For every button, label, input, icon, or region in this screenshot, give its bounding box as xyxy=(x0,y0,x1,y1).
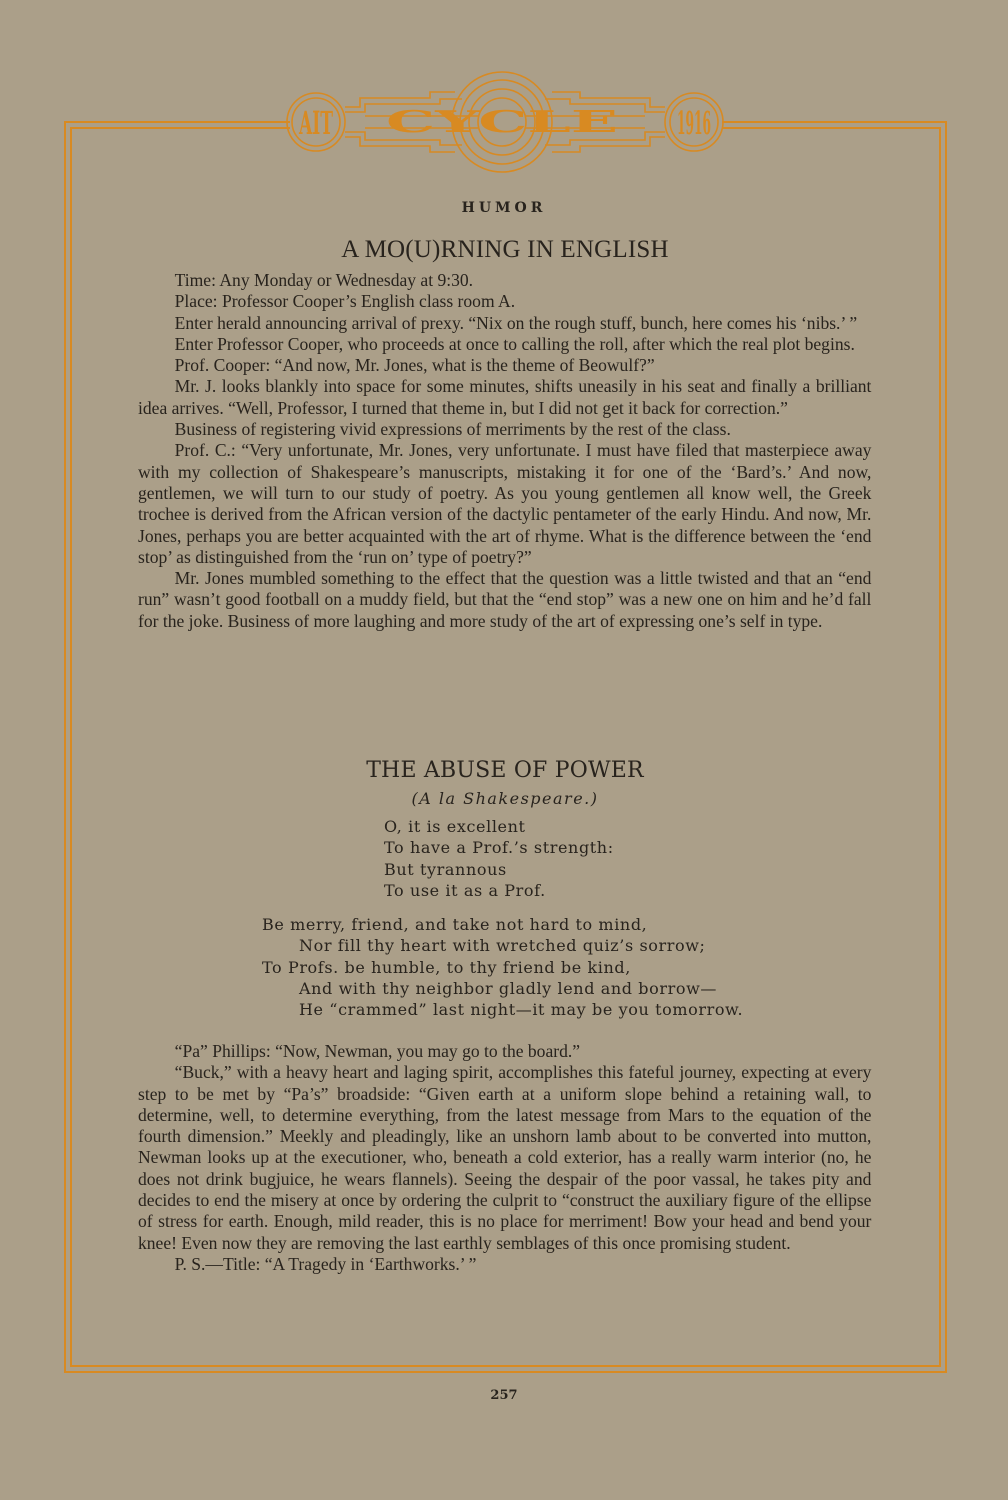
poem-line: And with thy neighbor gladly lend and bo… xyxy=(262,978,743,999)
masthead-monogram: AIT xyxy=(298,104,333,142)
frame-left-outer xyxy=(64,121,66,1373)
paragraph: Business of registering vivid expression… xyxy=(138,419,871,440)
paragraph: Prof. C.: “Very unfortunate, Mr. Jones, … xyxy=(138,440,871,568)
frame-right-outer xyxy=(945,121,947,1373)
poem-line: To use it as a Prof. xyxy=(384,880,614,901)
poem-line: Nor fill thy heart with wretched quiz’s … xyxy=(262,935,743,956)
paragraph: “Buck,” with a heavy heart and laging sp… xyxy=(138,1062,871,1254)
masthead-year: 1916 xyxy=(677,104,711,142)
article-abuse-of-power: THE ABUSE OF POWER (A la Shakespeare.) xyxy=(138,758,872,808)
frame-left-inner xyxy=(70,127,72,1367)
frame-right-inner xyxy=(939,127,941,1367)
paragraph: Mr. J. looks blankly into space for some… xyxy=(138,376,871,419)
frame-bottom-inner xyxy=(70,1365,941,1367)
paragraph: Mr. Jones mumbled something to the effec… xyxy=(138,568,871,632)
paragraph: Enter Professor Cooper, who proceeds at … xyxy=(138,334,871,355)
masthead-title: CYCLE xyxy=(386,105,618,140)
article-subtitle: (A la Shakespeare.) xyxy=(138,789,872,808)
poem-line: But tyrannous xyxy=(384,859,614,880)
paragraph: Time: Any Monday or Wednesday at 9:30. xyxy=(138,270,871,291)
poem-line: To have a Prof.’s strength: xyxy=(384,837,614,858)
article-earthworks: “Pa” Phillips: “Now, Newman, you may go … xyxy=(138,1041,872,1275)
poem-line: To Profs. be humble, to thy friend be ki… xyxy=(262,957,743,978)
masthead-ornament: AIT 1916 CYCLE xyxy=(0,0,1008,200)
frame-bottom-outer xyxy=(64,1371,947,1373)
paragraph: Enter herald announcing arrival of prexy… xyxy=(138,313,871,334)
poem-line: Be merry, friend, and take not hard to m… xyxy=(262,914,743,935)
poem-line: O, it is excellent xyxy=(384,816,614,837)
page-number: 257 xyxy=(0,1388,1008,1403)
poem-line: He “crammed” last night—it may be you to… xyxy=(262,999,743,1020)
section-label: HUMOR xyxy=(0,200,1008,216)
poem-stanza-1: O, it is excellent To have a Prof.’s str… xyxy=(384,816,614,901)
paragraph: P. S.—Title: “A Tragedy in ‘Earthworks.’… xyxy=(138,1254,871,1275)
article-mourning-in-english: A MO(U)RNING IN ENGLISH Time: Any Monday… xyxy=(138,236,872,632)
article-title: THE ABUSE OF POWER xyxy=(138,758,872,783)
paragraph: Place: Professor Cooper’s English class … xyxy=(138,291,871,312)
paragraph: “Pa” Phillips: “Now, Newman, you may go … xyxy=(138,1041,871,1062)
article-title: A MO(U)RNING IN ENGLISH xyxy=(138,236,872,264)
paragraph: Prof. Cooper: “And now, Mr. Jones, what … xyxy=(138,355,871,376)
poem-stanza-2: Be merry, friend, and take not hard to m… xyxy=(262,914,743,1020)
